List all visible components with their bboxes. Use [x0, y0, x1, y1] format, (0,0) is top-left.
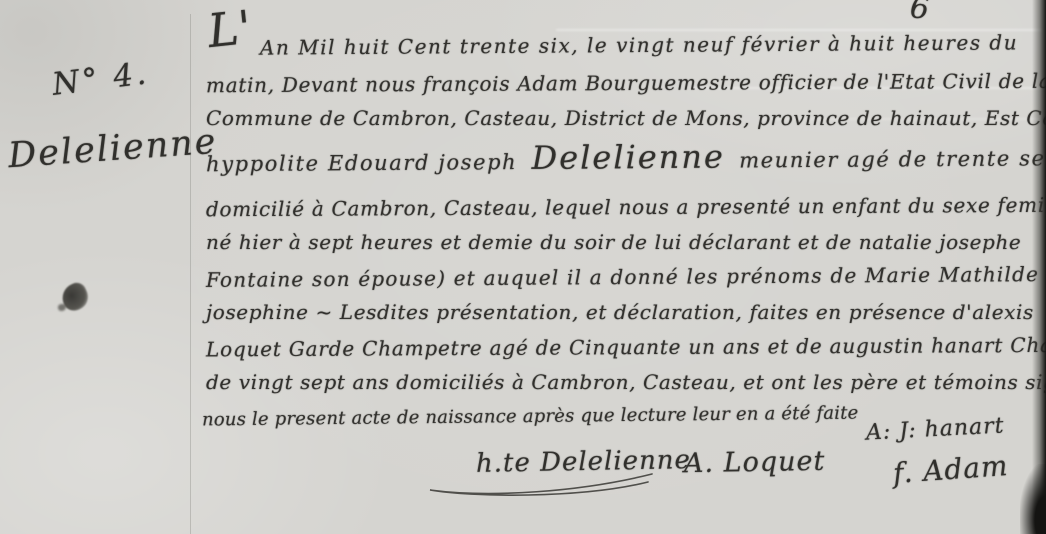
margin-rule-line	[190, 14, 191, 534]
body-line-1-initial: L'	[205, 2, 253, 57]
body-line-3: Commune de Cambron, Casteau, District de…	[206, 107, 1046, 129]
margin-act-number: N° 4.	[50, 56, 150, 102]
signature-flourish-underline	[420, 466, 660, 504]
ink-blot-small	[58, 304, 66, 311]
body-line-4-prefix: hyppolite Edouard joseph	[206, 150, 517, 176]
body-line-1: An Mil huit Cent trente six, le vingt ne…	[260, 31, 1018, 58]
body-line-6: né hier à sept heures et demie du soir d…	[206, 231, 1021, 253]
body-line-9: Loquet Garde Champetre agé de Cinquante …	[206, 334, 1046, 361]
officer-adam-signature: f. Adam	[892, 451, 1009, 490]
body-line-4-surname: Delelienne	[525, 138, 731, 177]
body-line-2: matin, Devant nous françois Adam Bourgue…	[206, 70, 1046, 96]
margin-act-name: Delelienne	[7, 123, 219, 176]
witness-loquet-signature: A. Loquet	[684, 447, 826, 479]
page-number: 6	[909, 0, 930, 26]
scan-edge-corner-shadow	[1020, 464, 1046, 534]
body-line-4-suffix: meunier agé de trente sept ans	[739, 146, 1046, 173]
body-line-5: domicilié à Cambron, Casteau, lequel nou…	[206, 194, 1046, 221]
witness-hanart-signature: A: J: hanart	[865, 414, 1005, 445]
body-line-11: nous le present acte de naissance après …	[202, 404, 859, 431]
body-line-8: josephine ~ Lesdites présentation, et dé…	[206, 301, 1034, 323]
body-line-4: hyppolite Edouard joseph Delelienne meun…	[206, 137, 1046, 179]
body-line-7: Fontaine son épouse) et auquel il a donn…	[206, 263, 1039, 291]
body-line-10: de vingt sept ans domiciliés à Cambron, …	[206, 371, 1046, 393]
scanned-civil-record-page: 6 N° 4. Delelienne L' An Mil huit Cent t…	[0, 0, 1046, 534]
scan-edge-shadow	[1032, 0, 1046, 534]
